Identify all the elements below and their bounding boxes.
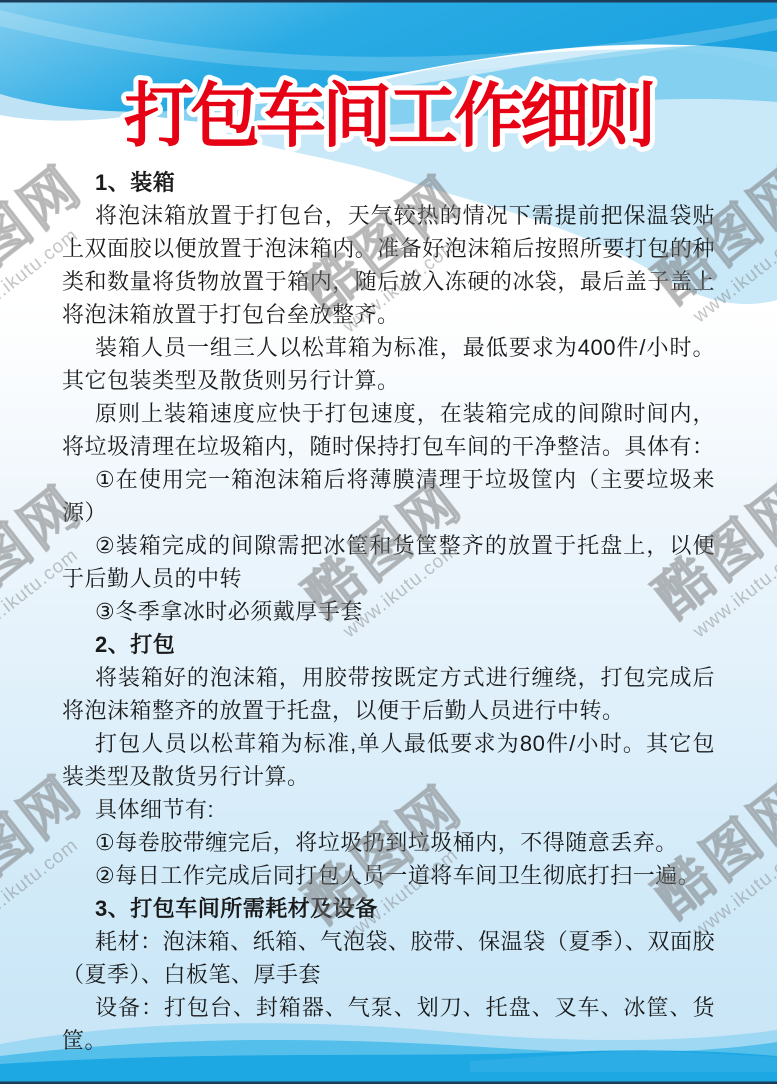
rule-paragraph: ①在使用完一箱泡沫箱后将薄膜清理于垃圾筐内（主要垃圾来源） — [62, 463, 715, 529]
rule-paragraph: 打包人员以松茸箱为标准,单人最低要求为80件/小时。其它包装类型及散货另行计算。 — [62, 727, 715, 793]
section-heading: 1、装箱 — [62, 166, 715, 199]
rule-paragraph: ③冬季拿冰时必须戴厚手套 — [62, 595, 715, 628]
rule-paragraph: 装箱人员一组三人以松茸箱为标准，最低要求为400件/小时。其它包装类型及散货则另… — [62, 331, 715, 397]
rule-paragraph: 设备：打包台、封箱器、气泵、划刀、托盘、叉车、冰筐、货筐。 — [62, 991, 715, 1057]
rule-paragraph: 耗材：泡沫箱、纸箱、气泡袋、胶带、保温袋（夏季）、双面胶（夏季）、白板笔、厚手套 — [62, 925, 715, 991]
rule-paragraph: 具体细节有: — [62, 793, 715, 826]
rule-paragraph: ②装箱完成的间隙需把冰筐和货筐整齐的放置于托盘上，以便于后勤人员的中转 — [62, 529, 715, 595]
section-heading: 3、打包车间所需耗材及设备 — [62, 892, 715, 925]
section-heading: 2、打包 — [62, 628, 715, 661]
page-title: 打包车间工作细则 — [0, 60, 777, 164]
rule-paragraph: 原则上装箱速度应快于打包速度，在装箱完成的间隙时间内，将垃圾清理在垃圾箱内，随时… — [62, 397, 715, 463]
rule-paragraph: ①每卷胶带缠完后，将垃圾扔到垃圾桶内，不得随意丢弃。 — [62, 826, 715, 859]
page-title-text: 打包车间工作细则 — [124, 77, 653, 155]
rules-text: 1、装箱将泡沫箱放置于打包台，天气较热的情况下需提前把保温袋贴上双面胶以便放置于… — [62, 166, 715, 1057]
rule-paragraph: 将装箱好的泡沫箱，用胶带按既定方式进行缠绕，打包完成后将泡沫箱整齐的放置于托盘，… — [62, 661, 715, 727]
poster-packing-workshop-rules: 打包车间工作细则 1、装箱将泡沫箱放置于打包台，天气较热的情况下需提前把保温袋贴… — [0, 0, 777, 1084]
rule-paragraph: ②每日工作完成后同打包人员一道将车间卫生彻底打扫一遍。 — [62, 859, 715, 892]
rule-paragraph: 将泡沫箱放置于打包台，天气较热的情况下需提前把保温袋贴上双面胶以便放置于泡沫箱内… — [62, 199, 715, 331]
top-border-line — [0, 0, 777, 3]
